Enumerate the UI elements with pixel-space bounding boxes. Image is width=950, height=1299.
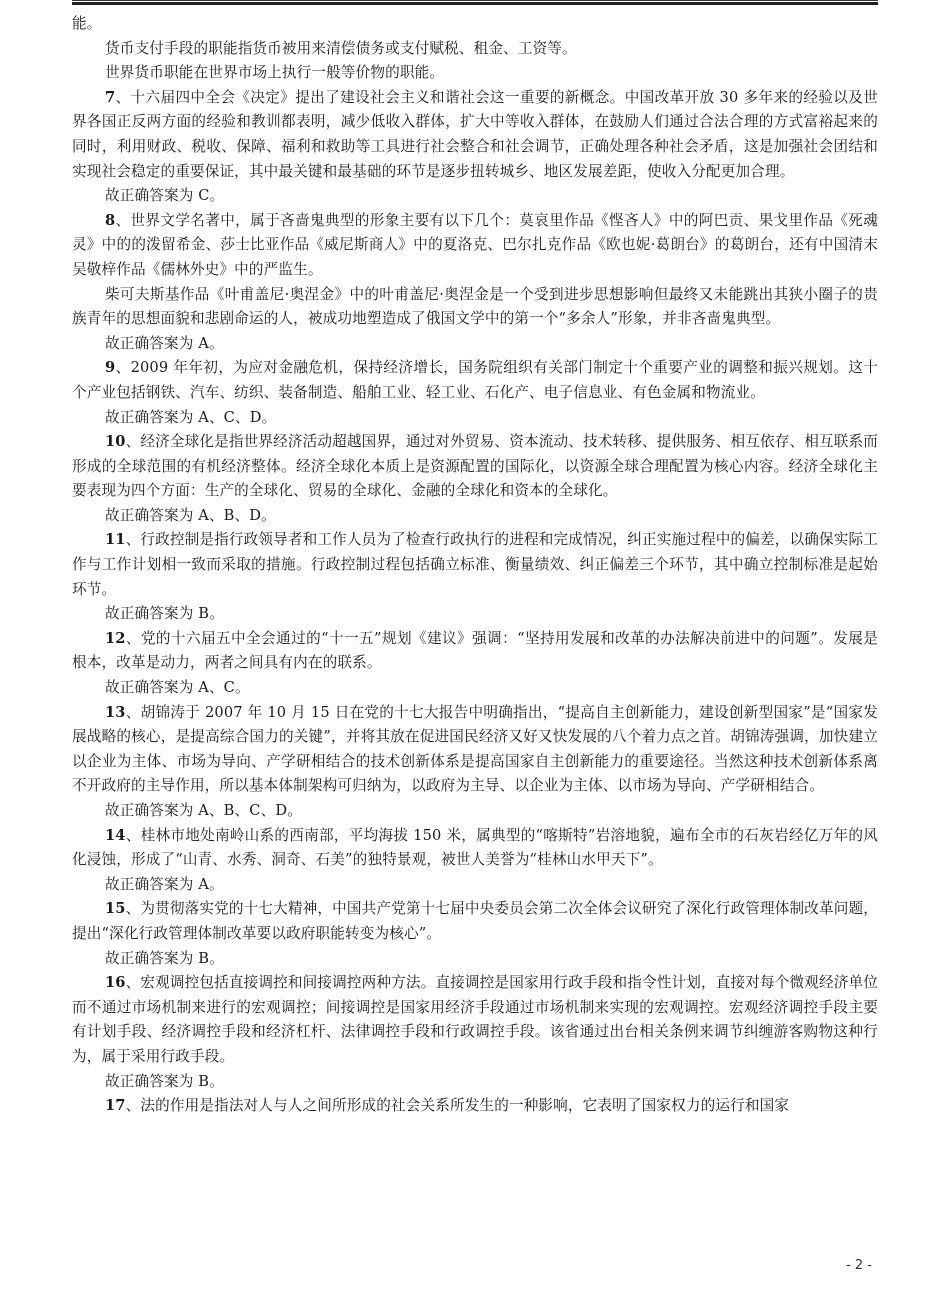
answer-line: 故正确答案为 A、C、D。 bbox=[72, 406, 878, 431]
question-paragraph: 9、2009 年年初，为应对金融危机，保持经济增长，国务院组织有关部门制定十个重… bbox=[72, 356, 878, 405]
question-number: 17 bbox=[105, 1097, 126, 1114]
header-rule-thick-line bbox=[72, 2, 878, 5]
question-number: 13 bbox=[105, 704, 126, 721]
question-paragraph: 13、胡锦涛于 2007 年 10 月 15 日在党的十七大报告中明确指出，“提… bbox=[72, 701, 878, 799]
answer-line: 故正确答案为 A。 bbox=[72, 332, 878, 357]
paragraph-text: 、经济全球化是指世界经济活动超越国界，通过对外贸易、资本流动、技术转移、提供服务… bbox=[72, 433, 878, 499]
question-paragraph: 12、党的十六届五中全会通过的“十一五”规划《建议》强调：“坚持用发展和改革的办… bbox=[72, 627, 878, 676]
question-number: 12 bbox=[105, 630, 126, 647]
question-paragraph: 11、行政控制是指行政领导者和工作人员为了检查行政执行的进程和完成情况，纠正实施… bbox=[72, 528, 878, 602]
question-paragraph: 7、十六届四中全会《决定》提出了建设社会主义和谐社会这一重要的新概念。中国改革开… bbox=[72, 86, 878, 184]
paragraph-text: 、党的十六届五中全会通过的“十一五”规划《建议》强调：“坚持用发展和改革的办法解… bbox=[72, 630, 878, 672]
answer-line: 故正确答案为 B。 bbox=[72, 1070, 878, 1095]
question-number: 16 bbox=[105, 974, 126, 991]
answer-line: 故正确答案为 B。 bbox=[72, 602, 878, 627]
paragraph-text: 、为贯彻落实党的十七大精神，中国共产党第十七届中央委员会第二次全体会议研究了深化… bbox=[72, 900, 878, 942]
text-paragraph: 货币支付手段的职能指货币被用来清偿债务或支付赋税、租金、工资等。 bbox=[72, 37, 878, 62]
paragraph-text: 故正确答案为 A、C、D。 bbox=[105, 409, 276, 426]
header-rule bbox=[72, 0, 878, 5]
question-paragraph: 8、世界文学名著中，属于吝啬鬼典型的形象主要有以下几个：莫哀里作品《悭吝人》中的… bbox=[72, 209, 878, 283]
question-number: 14 bbox=[105, 827, 126, 844]
question-number: 8 bbox=[105, 212, 115, 229]
paragraph-text: 故正确答案为 A、B、C、D。 bbox=[105, 802, 302, 819]
answer-line: 故正确答案为 A。 bbox=[72, 873, 878, 898]
question-number: 7 bbox=[105, 89, 115, 106]
answer-line: 故正确答案为 B。 bbox=[72, 947, 878, 972]
question-paragraph: 17、法的作用是指法对人与人之间所形成的社会关系所发生的一种影响，它表明了国家权… bbox=[72, 1094, 878, 1119]
question-number: 11 bbox=[105, 531, 126, 548]
paragraph-text: 故正确答案为 A、C。 bbox=[105, 679, 250, 696]
question-paragraph: 14、桂林市地处南岭山系的西南部，平均海拔 150 米，属典型的“喀斯特”岩溶地… bbox=[72, 824, 878, 873]
paragraph-text: 故正确答案为 B。 bbox=[105, 1073, 224, 1090]
paragraph-text: 、世界文学名著中，属于吝啬鬼典型的形象主要有以下几个：莫哀里作品《悭吝人》中的阿… bbox=[72, 212, 878, 278]
document-body: 能。货币支付手段的职能指货币被用来清偿债务或支付赋税、租金、工资等。世界货币职能… bbox=[72, 12, 878, 1119]
question-number: 15 bbox=[105, 900, 126, 917]
paragraph-text: 世界货币职能在世界市场上执行一般等价物的职能。 bbox=[105, 64, 444, 81]
paragraph-text: 货币支付手段的职能指货币被用来清偿债务或支付赋税、租金、工资等。 bbox=[105, 40, 577, 57]
text-paragraph: 能。 bbox=[72, 12, 878, 37]
paragraph-text: 、法的作用是指法对人与人之间所形成的社会关系所发生的一种影响，它表明了国家权力的… bbox=[126, 1097, 789, 1114]
paragraph-text: 、胡锦涛于 2007 年 10 月 15 日在党的十七大报告中明确指出，“提高自… bbox=[72, 704, 878, 795]
paragraph-text: 、行政控制是指行政领导者和工作人员为了检查行政执行的进程和完成情况，纠正实施过程… bbox=[72, 531, 878, 597]
paragraph-text: 能。 bbox=[72, 15, 102, 32]
paragraph-text: 故正确答案为 A、B、D。 bbox=[105, 507, 276, 524]
question-paragraph: 15、为贯彻落实党的十七大精神，中国共产党第十七届中央委员会第二次全体会议研究了… bbox=[72, 897, 878, 946]
page-number: - 2 - bbox=[846, 1258, 872, 1273]
answer-line: 故正确答案为 C。 bbox=[72, 184, 878, 209]
paragraph-text: 、2009 年年初，为应对金融危机，保持经济增长，国务院组织有关部门制定十个重要… bbox=[72, 359, 878, 401]
question-number: 10 bbox=[105, 433, 126, 450]
answer-line: 故正确答案为 A、C。 bbox=[72, 676, 878, 701]
paragraph-text: 、桂林市地处南岭山系的西南部，平均海拔 150 米，属典型的“喀斯特”岩溶地貌，… bbox=[72, 827, 878, 869]
paragraph-text: 柴可夫斯基作品《叶甫盖尼·奥涅金》中的叶甫盖尼·奥涅金是一个受到进步思想影响但最… bbox=[72, 286, 878, 328]
paragraph-text: 故正确答案为 B。 bbox=[105, 605, 224, 622]
question-number: 9 bbox=[105, 359, 115, 376]
paragraph-text: 故正确答案为 A。 bbox=[105, 335, 224, 352]
paragraph-text: 故正确答案为 A。 bbox=[105, 876, 224, 893]
text-paragraph: 世界货币职能在世界市场上执行一般等价物的职能。 bbox=[72, 61, 878, 86]
question-paragraph: 10、经济全球化是指世界经济活动超越国界，通过对外贸易、资本流动、技术转移、提供… bbox=[72, 430, 878, 504]
paragraph-text: 故正确答案为 C。 bbox=[105, 187, 224, 204]
answer-line: 故正确答案为 A、B、D。 bbox=[72, 504, 878, 529]
question-paragraph: 16、宏观调控包括直接调控和间接调控两种方法。直接调控是国家用行政手段和指令性计… bbox=[72, 971, 878, 1069]
paragraph-text: 、十六届四中全会《决定》提出了建设社会主义和谐社会这一重要的新概念。中国改革开放… bbox=[72, 89, 878, 180]
text-paragraph: 柴可夫斯基作品《叶甫盖尼·奥涅金》中的叶甫盖尼·奥涅金是一个受到进步思想影响但最… bbox=[72, 283, 878, 332]
paragraph-text: 、宏观调控包括直接调控和间接调控两种方法。直接调控是国家用行政手段和指令性计划，… bbox=[72, 974, 878, 1065]
answer-line: 故正确答案为 A、B、C、D。 bbox=[72, 799, 878, 824]
paragraph-text: 故正确答案为 B。 bbox=[105, 950, 224, 967]
